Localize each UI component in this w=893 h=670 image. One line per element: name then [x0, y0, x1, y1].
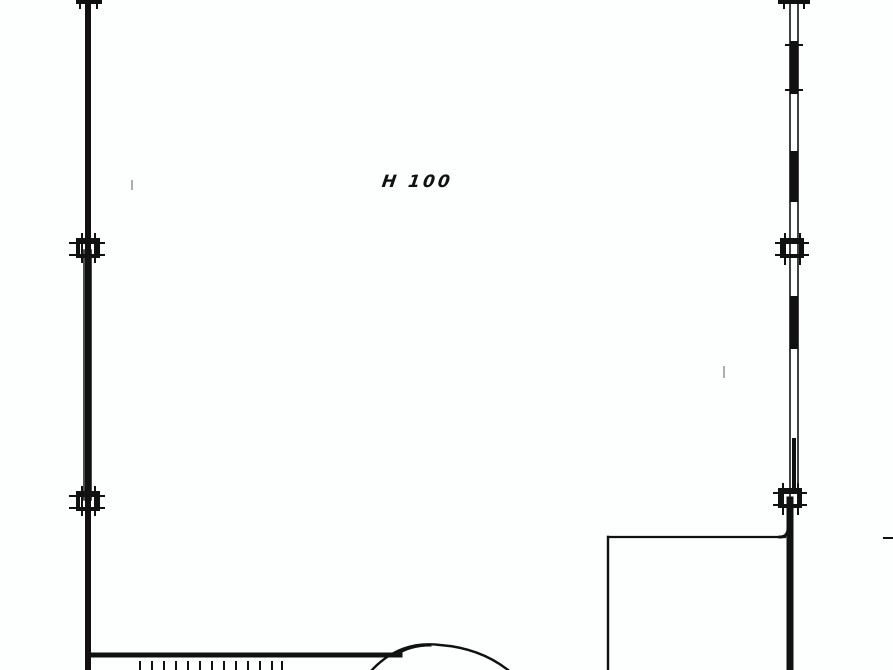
column-marker-right-top	[780, 0, 808, 8]
column-marker-right-mid	[776, 234, 808, 264]
small-room-outline	[608, 528, 788, 670]
floor-plan-canvas: H 100	[0, 0, 893, 670]
room-height-label: H 100	[381, 172, 454, 192]
floor-plan-drawing	[0, 0, 893, 670]
scan-mark	[131, 180, 133, 190]
scan-mark	[723, 366, 725, 378]
stair-treads	[140, 662, 282, 670]
right-wall	[790, 0, 798, 670]
left-wall	[84, 0, 91, 670]
